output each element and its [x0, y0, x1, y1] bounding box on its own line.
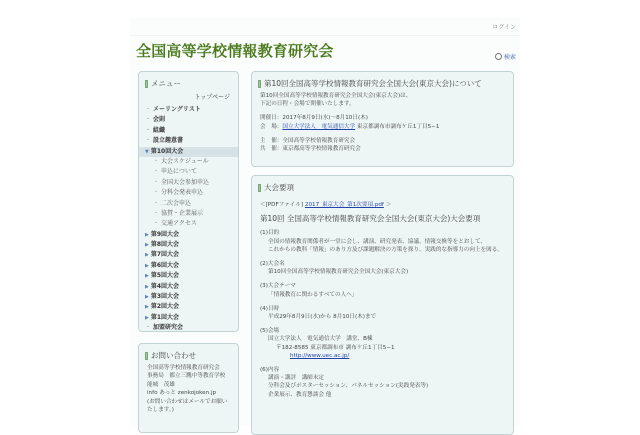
sidebar-item-label: 第9回大会 — [151, 231, 179, 238]
sidebar-item[interactable]: ・分科会発表申込 — [139, 188, 238, 198]
cohost-label: 共 催： — [260, 146, 282, 152]
bullet-icon: ・ — [153, 200, 159, 207]
section-label: (2)大会名 — [260, 260, 513, 268]
youkou-section: (6)内容講演・講評 講師未定分科会及びポスターセッション、パネルセッション(実… — [260, 366, 513, 399]
sidebar-item[interactable]: ▶第3回大会 — [139, 292, 238, 302]
contact-title: お問い合わせ — [145, 350, 238, 361]
youkou-sections: (1)目的全国の情報教育関係者が一堂に会し、講演、研究発表、協議、情報交換等をと… — [260, 229, 513, 398]
title-marker-icon — [258, 80, 261, 88]
youkou-section: (3)大会テーマ「情報教育に関わるすべての人へ」 — [260, 282, 513, 298]
bullet-icon: ・ — [153, 189, 159, 196]
youkou-panel: 大会要項 ＜[PDFファイル] 2017_東京大会_第1次要項.pdf ＞ 第1… — [251, 175, 514, 426]
bullet-icon: ・ — [153, 158, 159, 165]
sidebar-item[interactable]: ・加盟研究会 — [139, 323, 238, 333]
contact-panel: お問い合わせ 全国高等学校情報教育研究会 事務局 都立三鷹中等教育学校 能城 茂… — [138, 343, 239, 426]
sidebar-item-label: 第8回大会 — [151, 241, 179, 248]
intro-line: 第10回全国高等学校情報教育研究会全国大会(東京大会)は、 — [260, 92, 513, 100]
contact-line: たします。) — [147, 406, 238, 414]
section-line: 全国の情報教育関係者が一堂に会し、講演、研究発表、協議、情報交換等をとおして、 — [260, 238, 513, 246]
section-line: 「情報教育に関わるすべての人へ」 — [260, 291, 513, 299]
menu-title: メニュー — [145, 78, 238, 89]
sidebar-item[interactable]: ・全国大会参加申込 — [139, 178, 238, 188]
expand-down-icon: ▼ — [145, 149, 149, 155]
sidebar-item-label: 第5回大会 — [151, 272, 179, 279]
section-line: 分科会及びポスターセッション、パネルセッション(実践発表等) — [260, 382, 513, 390]
menu-list: ・メーリングリスト・会則・組織・設立趣意書▼第10回大会・大会スケジュール・申込… — [139, 105, 238, 334]
about-body: 第10回全国高等学校情報教育研究会全国大会(東京大会)は、 下記の日程・会場で開… — [260, 92, 513, 153]
top-bar: ログイン — [130, 18, 520, 36]
sidebar-item-label: 会則 — [153, 116, 165, 123]
sidebar-item[interactable]: ・協賛・企業展示 — [139, 209, 238, 219]
sidebar-item[interactable]: ・二次会申込 — [139, 199, 238, 209]
expand-right-icon: ▶ — [145, 232, 149, 238]
sidebar-item-label: 設立趣意書 — [153, 137, 183, 144]
sidebar-item-label: 大会スケジュール — [161, 158, 209, 165]
sidebar-item[interactable]: ・組織 — [139, 126, 238, 136]
sidebar-item-label: 組織 — [153, 127, 165, 134]
sidebar-item-label: 協賛・企業展示 — [161, 210, 203, 217]
bullet-icon: ・ — [153, 210, 159, 217]
expand-right-icon: ▶ — [145, 284, 149, 290]
title-marker-icon — [258, 184, 261, 192]
search-label: 検索 — [504, 52, 516, 61]
bullet-icon: ・ — [145, 116, 151, 123]
search-link[interactable]: 検索 — [495, 52, 516, 61]
section-label: (4)日時 — [260, 305, 513, 313]
sidebar-item[interactable]: ・設立趣意書 — [139, 136, 238, 146]
about-title: 第10回全国高等学校情報教育研究会全国大会(東京大会)について — [258, 78, 513, 89]
contact-body: 全国高等学校情報教育研究会 事務局 都立三鷹中等教育学校 能城 茂雄 info … — [147, 364, 238, 414]
venue-url-link[interactable]: http://www.uec.ac.jp/ — [290, 353, 349, 359]
bullet-icon: ・ — [145, 127, 151, 134]
venue-label: 会 場： — [260, 124, 282, 130]
pdf-prefix: ＜[PDFファイル] — [260, 202, 303, 208]
bullet-icon: ・ — [153, 168, 159, 175]
search-icon — [495, 53, 502, 60]
section-line: 講演・講評 講師未定 — [260, 374, 513, 382]
sidebar-item-label: 申込について — [161, 168, 197, 175]
sidebar-item[interactable]: ・申込について — [139, 167, 238, 177]
section-label: (1)目的 — [260, 229, 513, 237]
sidebar-item[interactable]: ・メーリングリスト — [139, 105, 238, 115]
sidebar-item-label: 第6回大会 — [151, 262, 179, 269]
section-line: 企業展示、教育懇談会 他 — [260, 391, 513, 399]
sidebar-item-label: 第10回大会 — [151, 148, 183, 155]
section-label: (3)大会テーマ — [260, 282, 513, 290]
sidebar-item[interactable]: ・会則 — [139, 115, 238, 125]
login-link[interactable]: ログイン — [492, 22, 516, 31]
sidebar-item-label: 第7回大会 — [151, 251, 179, 258]
contact-email: info あっと zenkojoken.jp — [147, 389, 238, 397]
venue-link[interactable]: 国立大学法人 電気通信大学 — [282, 124, 355, 130]
pdf-suffix: ＞ — [386, 202, 392, 208]
host-value: 全国高等学校情報教育研究会 — [282, 138, 355, 144]
youkou-section: (1)目的全国の情報教育関係者が一堂に会し、講演、研究発表、協議、情報交換等をと… — [260, 229, 513, 254]
about-panel: 第10回全国高等学校情報教育研究会全国大会(東京大会)について 第10回全国高等… — [251, 71, 514, 167]
section-label: (5)会場 — [260, 327, 513, 335]
expand-right-icon: ▶ — [145, 304, 149, 310]
site-title[interactable]: 全国高等学校情報教育研究会 — [136, 40, 334, 61]
youkou-section: (5)会場国立大学法人 電気通信大学 講堂、B棟〒182-8585 東京都調布市… — [260, 327, 513, 360]
pdf-row: ＜[PDFファイル] 2017_東京大会_第1次要項.pdf ＞ — [260, 201, 513, 209]
contact-line: 全国高等学校情報教育研究会 — [147, 364, 238, 372]
date-value: 2017年8月9日(水)～8月10日(木) — [282, 115, 368, 121]
sidebar-item-label: 第1回大会 — [151, 314, 179, 321]
sidebar-item[interactable]: ▶第2回大会 — [139, 302, 238, 312]
date-label: 開催日： — [260, 115, 282, 121]
bullet-icon: ・ — [145, 137, 151, 144]
bullet-icon: ・ — [145, 106, 151, 113]
host-label: 主 催： — [260, 138, 282, 144]
youkou-section: (4)日時平成29年8月9日(水)から 8月10日(木)まで — [260, 305, 513, 321]
sidebar-item[interactable]: ▶第8回大会 — [139, 240, 238, 250]
sidebar-item-label: 交通アクセス — [161, 220, 197, 227]
sidebar-item[interactable]: ▶第5回大会 — [139, 271, 238, 281]
sidebar-item[interactable]: ▶第4回大会 — [139, 282, 238, 292]
sidebar-item[interactable]: ・交通アクセス — [139, 219, 238, 229]
sidebar-item-label: 二次会申込 — [161, 200, 191, 207]
title-marker-icon — [145, 80, 148, 88]
sidebar-item-label: 加盟研究会 — [153, 324, 183, 331]
sidebar-item-label: 第4回大会 — [151, 283, 179, 290]
section-line: 平成29年8月9日(水)から 8月10日(木)まで — [260, 313, 513, 321]
bullet-icon: ・ — [153, 179, 159, 186]
sidebar-item[interactable]: ▶第9回大会 — [139, 230, 238, 240]
title-marker-icon — [145, 352, 148, 360]
bullet-icon: ・ — [153, 220, 159, 227]
bullet-icon: ・ — [145, 324, 151, 331]
youkou-body: ＜[PDFファイル] 2017_東京大会_第1次要項.pdf ＞ 第10回 全国… — [260, 201, 513, 399]
expand-right-icon: ▶ — [145, 252, 149, 258]
section-line: 第10回全国高等学校情報教育研究会全国大会(東京大会) — [260, 268, 513, 276]
venue-row: 会 場：国立大学法人 電気通信大学 東京都調布市調布ケ丘1丁目5−1 — [260, 123, 513, 131]
youkou-heading: 第10回 全国高等学校情報教育研究会全国大会(東京大会)大会要項 — [260, 215, 513, 223]
youkou-section: (2)大会名第10回全国高等学校情報教育研究会全国大会(東京大会) — [260, 260, 513, 276]
sidebar-item-label: 分科会発表申込 — [161, 189, 203, 196]
sidebar-item[interactable]: ▶第7回大会 — [139, 250, 238, 260]
contact-line: 事務局 都立三鷹中等教育学校 — [147, 372, 238, 380]
youkou-title-text: 大会要項 — [264, 182, 294, 193]
contact-line: (お問い合わせはメールでお願い — [147, 398, 238, 406]
expand-right-icon: ▶ — [145, 273, 149, 279]
section-line: 国立大学法人 電気通信大学 講堂、B棟 — [260, 335, 513, 343]
page-container: ログイン 全国高等学校情報教育研究会 検索 メニュー トップページ ・メーリング… — [130, 18, 520, 426]
sidebar-item[interactable]: ▼第10回大会 — [139, 147, 238, 157]
sidebar-item-label: 第2回大会 — [151, 303, 179, 310]
venue-address: 東京都調布市調布ケ丘1丁目5−1 — [357, 124, 440, 130]
expand-right-icon: ▶ — [145, 263, 149, 269]
expand-right-icon: ▶ — [145, 242, 149, 248]
sidebar-item-label: 全国大会参加申込 — [161, 179, 209, 186]
sidebar-item[interactable]: ・大会スケジュール — [139, 157, 238, 167]
date-row: 開催日：2017年8月9日(水)～8月10日(木) — [260, 114, 513, 122]
youkou-title: 大会要項 — [258, 182, 513, 193]
intro-line: 下記の日程・会場で開催いたします。 — [260, 100, 513, 108]
section-line: これからの教科「情報」のあり方及び課題解決の方策を探り、実践的な指導力の向上を図… — [260, 246, 513, 254]
sidebar-item[interactable]: ▶第1回大会 — [139, 313, 238, 323]
menu-title-text: メニュー — [151, 78, 181, 89]
venue-address: 〒182-8585 東京都調布市 調布ケ丘1丁目5−1 — [260, 344, 513, 352]
sidebar-item-label: メーリングリスト — [153, 106, 201, 113]
contact-title-text: お問い合わせ — [151, 350, 196, 361]
sidebar-item-label: 第3回大会 — [151, 293, 179, 300]
cohost-value: 東京都高等学校情報教育研究会 — [282, 146, 360, 152]
venue-url-row: http://www.uec.ac.jp/ — [260, 352, 513, 360]
expand-right-icon: ▶ — [145, 315, 149, 321]
host-row: 主 催：全国高等学校情報教育研究会 — [260, 137, 513, 145]
expand-right-icon: ▶ — [145, 294, 149, 300]
sidebar-item[interactable]: ▶第6回大会 — [139, 261, 238, 271]
cohost-row: 共 催：東京都高等学校情報教育研究会 — [260, 145, 513, 153]
sidebar-menu: メニュー トップページ ・メーリングリスト・会則・組織・設立趣意書▼第10回大会… — [138, 71, 239, 332]
contact-line: 能城 茂雄 — [147, 381, 238, 389]
sidebar-item-top-page[interactable]: トップページ — [139, 92, 230, 101]
pdf-link[interactable]: 2017_東京大会_第1次要項.pdf — [305, 202, 384, 208]
section-label: (6)内容 — [260, 366, 513, 374]
about-title-text: 第10回全国高等学校情報教育研究会全国大会(東京大会)について — [264, 78, 482, 89]
